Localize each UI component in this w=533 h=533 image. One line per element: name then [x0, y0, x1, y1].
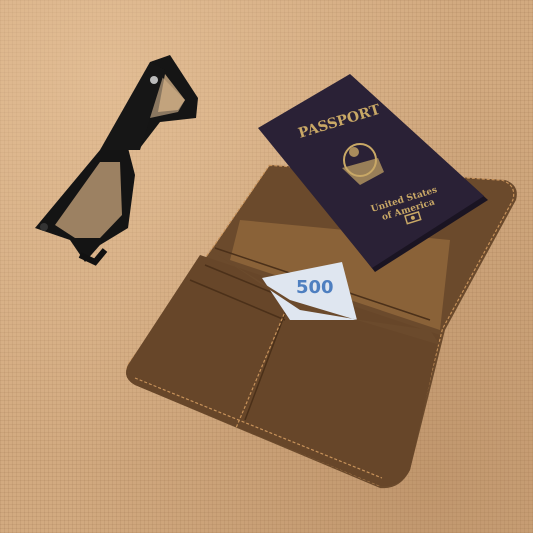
banknote-denomination: 500 [296, 277, 334, 298]
product-photo: 500 PASSPORT United States of America [0, 0, 533, 533]
eyeglasses [32, 55, 200, 262]
